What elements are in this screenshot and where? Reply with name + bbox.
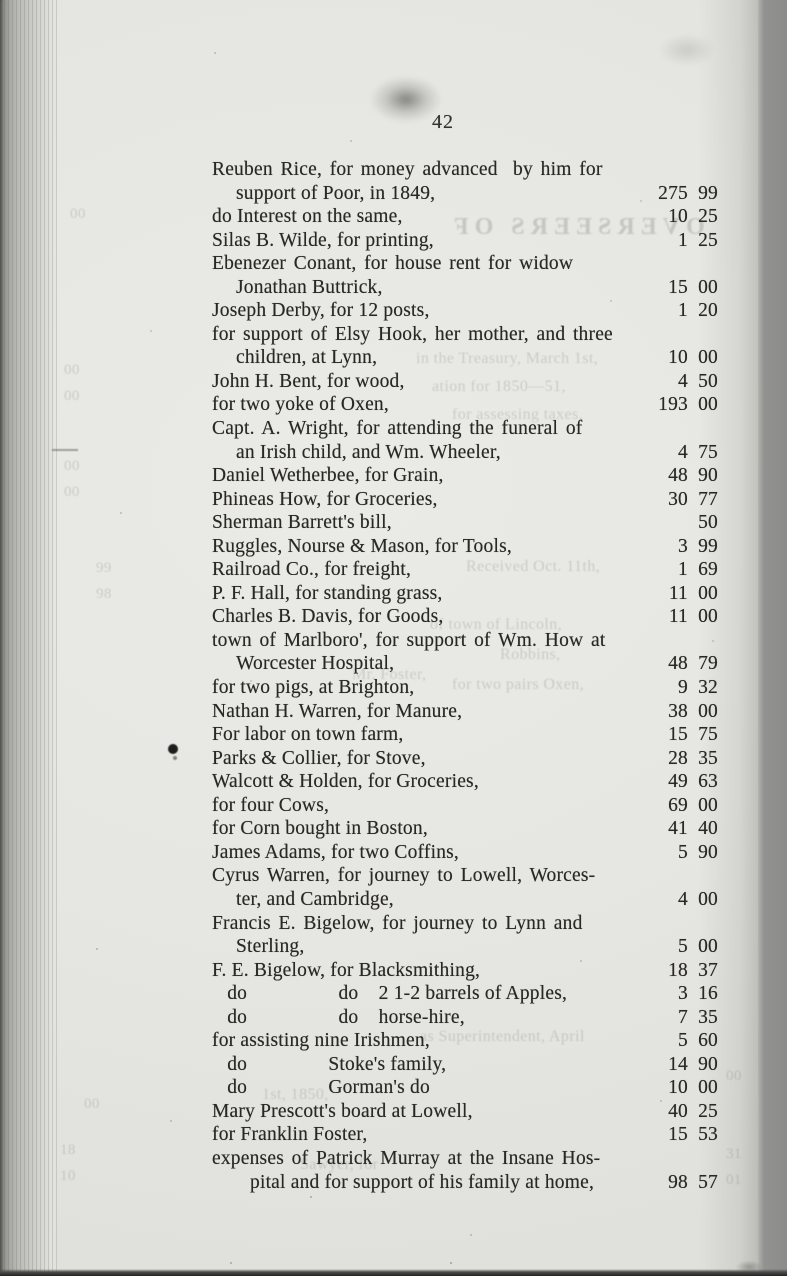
ledger-row-text: P. F. Hall, for standing grass, (212, 582, 443, 606)
amount-dollars: 193 (642, 393, 688, 417)
amount-cents: 16 (688, 982, 718, 1006)
ledger-row: for four Cows,6900 (212, 794, 718, 818)
amount-dollars: 28 (642, 747, 688, 771)
ledger-row-text: for assisting nine Irishmen, (212, 1029, 430, 1053)
ledger-row-text: Silas B. Wilde, for printing, (212, 229, 434, 253)
ledger-row: Reuben Rice, for money advanced by him f… (212, 158, 718, 182)
bleed-through-text: 00 (64, 388, 80, 405)
ledger-row-text: for Corn bought in Boston, (212, 817, 428, 841)
amount-cents: 37 (688, 959, 718, 983)
ledger-row: Jonathan Buttrick,1500 (212, 276, 718, 300)
amount: 316 (642, 982, 718, 1006)
amount: 399 (642, 535, 718, 559)
bleed-through-text: 00 (64, 458, 80, 475)
ledger-row-text: expenses of Patrick Murray at the Insane… (212, 1147, 600, 1171)
amount-dollars: 275 (642, 182, 688, 206)
amount: 475 (642, 441, 718, 465)
amount-cents: 25 (688, 205, 718, 229)
paper-speckles (0, 0, 2, 2)
amount-cents: 90 (688, 841, 718, 865)
amount-dollars: 40 (642, 1100, 688, 1124)
amount-cents: 20 (688, 299, 718, 323)
ledger-row-text: do do 2 1-2 barrels of Apples, (212, 982, 567, 1006)
bleed-through-text: 99 (96, 560, 112, 577)
amount-cents: 00 (688, 700, 718, 724)
scanned-ledger-page: OVERSEERS OFin the Treasury, March 1st,a… (0, 0, 787, 1276)
ledger-row: for assisting nine Irishmen,560 (212, 1029, 718, 1053)
ledger-row: Parks & Collier, for Stove,2835 (212, 747, 718, 771)
ledger-row-text: Railroad Co., for freight, (212, 558, 411, 582)
amount: 4879 (642, 652, 718, 676)
ledger-row-text: for Franklin Foster, (212, 1123, 367, 1147)
bleed-through-text: 98 (96, 586, 112, 603)
amount-cents: 00 (688, 605, 718, 629)
ledger-row-text: do do horse-hire, (212, 1006, 465, 1030)
amount-dollars: 15 (642, 276, 688, 300)
ledger-row: F. E. Bigelow, for Blacksmithing,1837 (212, 959, 718, 983)
ledger-row: Phineas How, for Groceries,3077 (212, 488, 718, 512)
amount: 400 (642, 888, 718, 912)
amount-cents: 60 (688, 1029, 718, 1053)
amount-dollars: 48 (642, 464, 688, 488)
ledger-row-text: town of Marlboro', for support of Wm. Ho… (212, 629, 605, 653)
amount-cents: 99 (688, 535, 718, 559)
ledger-row: Francis E. Bigelow, for journey to Lynn … (212, 912, 718, 936)
ledger-row: Worcester Hospital,4879 (212, 652, 718, 676)
ledger-row: John H. Bent, for wood,450 (212, 370, 718, 394)
amount-cents: 00 (688, 888, 718, 912)
amount-cents: 75 (688, 723, 718, 747)
amount-cents: 25 (688, 229, 718, 253)
amount-dollars: 4 (642, 441, 688, 465)
amount-cents: 00 (688, 935, 718, 959)
amount: 2835 (642, 747, 718, 771)
amount: 500 (642, 935, 718, 959)
ledger-row-text: for support of Elsy Hook, her mother, an… (212, 323, 613, 347)
amount-cents: 63 (688, 770, 718, 794)
amount-cents: 00 (688, 346, 718, 370)
ledger-row: support of Poor, in 1849,27599 (212, 182, 718, 206)
amount: 1553 (642, 1123, 718, 1147)
ledger-row: Ebenezer Conant, for house rent for wido… (212, 252, 718, 276)
amount-cents: 53 (688, 1123, 718, 1147)
amount: 3800 (642, 700, 718, 724)
amount-dollars: 49 (642, 770, 688, 794)
amount-dollars: 11 (642, 605, 688, 629)
ledger-row-text: Cyrus Warren, for journey to Lowell, Wor… (212, 864, 595, 888)
ledger-row: Walcott & Holden, for Groceries,4963 (212, 770, 718, 794)
amount-dollars: 38 (642, 700, 688, 724)
amount-cents: 90 (688, 1053, 718, 1077)
amount-dollars: 7 (642, 1006, 688, 1030)
faint-smudge (652, 30, 722, 70)
ledger-row: Sterling,500 (212, 935, 718, 959)
amount-cents: 35 (688, 1006, 718, 1030)
amount-cents: 79 (688, 652, 718, 676)
ledger-row-text: John H. Bent, for wood, (212, 370, 405, 394)
ledger-row-text: James Adams, for two Coffins, (212, 841, 459, 865)
ledger-row: ter, and Cambridge,400 (212, 888, 718, 912)
ledger-row: Nathan H. Warren, for Manure,3800 (212, 700, 718, 724)
ledger-row-text: Reuben Rice, for money advanced by him f… (212, 158, 603, 182)
ledger-row-text: Sherman Barrett's bill, (212, 511, 392, 535)
expense-list: Reuben Rice, for money advanced by him f… (212, 158, 718, 1194)
amount-dollars: 9 (642, 676, 688, 700)
ledger-row: P. F. Hall, for standing grass,1100 (212, 582, 718, 606)
ledger-row: Railroad Co., for freight,169 (212, 558, 718, 582)
ledger-row-text: Phineas How, for Groceries, (212, 488, 438, 512)
ledger-row: an Irish child, and Wm. Wheeler,475 (212, 441, 718, 465)
ledger-row: Mary Prescott's board at Lowell,4025 (212, 1100, 718, 1124)
amount-dollars: 15 (642, 723, 688, 747)
bleed-through-text: 31 (726, 1146, 742, 1163)
amount: 120 (642, 299, 718, 323)
corner-shadow (647, 1186, 767, 1276)
bleed-through-text: 01 (726, 1172, 742, 1189)
amount-dollars: 10 (642, 205, 688, 229)
ledger-row: expenses of Patrick Murray at the Insane… (212, 1147, 718, 1171)
ledger-row: do Interest on the same,1025 (212, 205, 718, 229)
amount: 1837 (642, 959, 718, 983)
ledger-row: Daniel Wetherbee, for Grain,4890 (212, 464, 718, 488)
page-number: 42 (408, 111, 478, 134)
amount: 125 (642, 229, 718, 253)
amount-dollars: 1 (642, 229, 688, 253)
amount: 50 (642, 511, 718, 535)
bleed-through-text: 00 (64, 362, 80, 379)
ledger-row-text: Capt. A. Wright, for attending the funer… (212, 417, 582, 441)
amount-dollars: 1 (642, 299, 688, 323)
amount-cents: 90 (688, 464, 718, 488)
amount: 19300 (642, 393, 718, 417)
amount-cents: 75 (688, 441, 718, 465)
ledger-row-text: an Irish child, and Wm. Wheeler, (212, 441, 501, 465)
margin-mark (52, 449, 78, 451)
ledger-row: Silas B. Wilde, for printing,125 (212, 229, 718, 253)
ledger-row: for Corn bought in Boston,4140 (212, 817, 718, 841)
amount-dollars: 30 (642, 488, 688, 512)
ledger-row: pital and for support of his family at h… (212, 1171, 718, 1195)
ledger-row: Capt. A. Wright, for attending the funer… (212, 417, 718, 441)
ledger-row-text: do Gorman's do (212, 1076, 430, 1100)
ledger-row-text: ter, and Cambridge, (212, 888, 394, 912)
amount-cents: 32 (688, 676, 718, 700)
amount: 1500 (642, 276, 718, 300)
ledger-row: James Adams, for two Coffins,590 (212, 841, 718, 865)
ledger-row-text: Francis E. Bigelow, for journey to Lynn … (212, 912, 583, 936)
ledger-row: for two yoke of Oxen,19300 (212, 393, 718, 417)
bleed-through-text: 00 (726, 1068, 742, 1085)
ledger-row: Sherman Barrett's bill,50 (212, 511, 718, 535)
bleed-through-text: 00 (70, 206, 86, 223)
amount-cents: 00 (688, 794, 718, 818)
amount-dollars: 1 (642, 558, 688, 582)
amount-cents: 00 (688, 393, 718, 417)
ledger-row-text: Ruggles, Nourse & Mason, for Tools, (212, 535, 512, 559)
amount: 169 (642, 558, 718, 582)
amount-dollars: 41 (642, 817, 688, 841)
ledger-row-text: Sterling, (212, 935, 304, 959)
amount-cents: 25 (688, 1100, 718, 1124)
amount: 560 (642, 1029, 718, 1053)
amount: 1000 (642, 346, 718, 370)
amount-cents: 00 (688, 1076, 718, 1100)
amount: 1100 (642, 605, 718, 629)
scan-edge-right (758, 0, 787, 1276)
bleed-through-text: 18 (60, 1142, 76, 1159)
ledger-row-text: children, at Lynn, (212, 346, 377, 370)
amount: 1490 (642, 1053, 718, 1077)
ledger-row-text: do Interest on the same, (212, 205, 403, 229)
amount: 9857 (642, 1171, 718, 1195)
ledger-row-text: pital and for support of his family at h… (212, 1171, 594, 1195)
bleed-through-text: 00 (64, 484, 80, 501)
amount-cents: 57 (688, 1171, 718, 1195)
ink-blot (168, 744, 178, 754)
ledger-row-text: Charles B. Davis, for Goods, (212, 605, 443, 629)
amount: 27599 (642, 182, 718, 206)
amount-dollars: 5 (642, 841, 688, 865)
ledger-row: do Stoke's family,1490 (212, 1053, 718, 1077)
amount-cents: 40 (688, 817, 718, 841)
amount-dollars: 3 (642, 535, 688, 559)
amount-cents: 00 (688, 582, 718, 606)
bleed-through-text: 00 (84, 1096, 100, 1113)
ledger-row-text: Daniel Wetherbee, for Grain, (212, 464, 444, 488)
ledger-row-text: for two yoke of Oxen, (212, 393, 389, 417)
ledger-row-text: for two pigs, at Brighton, (212, 676, 414, 700)
ledger-row: For labor on town farm,1575 (212, 723, 718, 747)
ledger-row: do do horse-hire,735 (212, 1006, 718, 1030)
ledger-row-text: Worcester Hospital, (212, 652, 394, 676)
ledger-row-text: support of Poor, in 1849, (212, 182, 435, 206)
amount: 6900 (642, 794, 718, 818)
amount-dollars: 48 (642, 652, 688, 676)
amount-dollars: 69 (642, 794, 688, 818)
amount-dollars: 5 (642, 935, 688, 959)
ledger-row: do do 2 1-2 barrels of Apples,316 (212, 982, 718, 1006)
amount-dollars: 11 (642, 582, 688, 606)
ledger-row: for Franklin Foster,1553 (212, 1123, 718, 1147)
amount: 1575 (642, 723, 718, 747)
ledger-row-text: for four Cows, (212, 794, 329, 818)
book-spine-edge (0, 0, 58, 1276)
ledger-row: Ruggles, Nourse & Mason, for Tools,399 (212, 535, 718, 559)
ledger-row-text: For labor on town farm, (212, 723, 403, 747)
amount: 735 (642, 1006, 718, 1030)
amount: 590 (642, 841, 718, 865)
amount-dollars: 10 (642, 346, 688, 370)
ledger-row-text: do Stoke's family, (212, 1053, 446, 1077)
amount: 4890 (642, 464, 718, 488)
scan-edge-bottom (0, 1269, 787, 1276)
ledger-row: for two pigs, at Brighton,932 (212, 676, 718, 700)
ledger-row-text: F. E. Bigelow, for Blacksmithing, (212, 959, 480, 983)
ledger-row-text: Ebenezer Conant, for house rent for wido… (212, 252, 573, 276)
amount: 1000 (642, 1076, 718, 1100)
ledger-row: Charles B. Davis, for Goods,1100 (212, 605, 718, 629)
ledger-row-text: Parks & Collier, for Stove, (212, 747, 426, 771)
amount-dollars: 10 (642, 1076, 688, 1100)
ledger-row-text: Walcott & Holden, for Groceries, (212, 770, 479, 794)
amount-cents: 00 (688, 276, 718, 300)
ledger-row: town of Marlboro', for support of Wm. Ho… (212, 629, 718, 653)
amount: 4140 (642, 817, 718, 841)
ledger-row: children, at Lynn,1000 (212, 346, 718, 370)
bleed-through-text: 10 (60, 1168, 76, 1185)
amount-cents: 50 (688, 370, 718, 394)
amount: 3077 (642, 488, 718, 512)
amount-dollars: 5 (642, 1029, 688, 1053)
amount-dollars: 98 (642, 1171, 688, 1195)
amount-cents: 69 (688, 558, 718, 582)
amount-cents: 50 (688, 511, 718, 535)
amount: 4025 (642, 1100, 718, 1124)
amount-cents: 99 (688, 182, 718, 206)
amount-dollars: 4 (642, 888, 688, 912)
amount: 450 (642, 370, 718, 394)
amount-dollars: 4 (642, 370, 688, 394)
amount-cents: 35 (688, 747, 718, 771)
ledger-row-text: Jonathan Buttrick, (212, 276, 383, 300)
ledger-row: for support of Elsy Hook, her mother, an… (212, 323, 718, 347)
amount-dollars: 18 (642, 959, 688, 983)
amount: 932 (642, 676, 718, 700)
amount: 1025 (642, 205, 718, 229)
ledger-row: Cyrus Warren, for journey to Lowell, Wor… (212, 864, 718, 888)
amount-dollars: 14 (642, 1053, 688, 1077)
ledger-row: Joseph Derby, for 12 posts,120 (212, 299, 718, 323)
amount: 4963 (642, 770, 718, 794)
ledger-row-text: Joseph Derby, for 12 posts, (212, 299, 430, 323)
ledger-row: do Gorman's do1000 (212, 1076, 718, 1100)
ledger-row-text: Nathan H. Warren, for Manure, (212, 700, 462, 724)
ledger-row-text: Mary Prescott's board at Lowell, (212, 1100, 473, 1124)
amount-cents: 77 (688, 488, 718, 512)
amount-dollars: 15 (642, 1123, 688, 1147)
amount-dollars: 3 (642, 982, 688, 1006)
amount: 1100 (642, 582, 718, 606)
amount-dollars (642, 511, 688, 535)
